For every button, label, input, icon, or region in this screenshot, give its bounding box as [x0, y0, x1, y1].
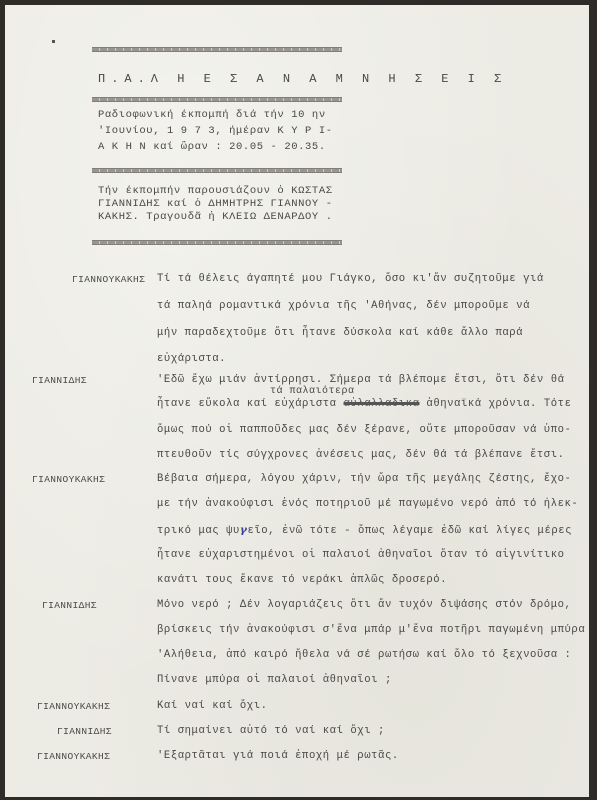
dialogue-line: ὅμως πού οἱ παπποῦδες μας δέν ξέρανε, οὔ… — [157, 425, 571, 436]
dialogue-line: εὐχάριστα. — [157, 354, 226, 365]
dialogue-line: ἦτανε εὔκολα καί εὐχάριστα αὐλαλλαδικα ἀ… — [157, 399, 571, 410]
dialogue-line-start: ἦτανε εὔκολα καί εὐχάριστα — [157, 398, 337, 410]
dialogue-line: Τί τά θέλεις άγαπητέ μου Γιάγκο, ὅσο κι'… — [157, 274, 544, 285]
speaker-name: ΓΙΑΝΝΟΥΚΑΚΗΣ — [37, 701, 110, 712]
dialogue-line: τά παληά ρομαντικά χρόνια τῆς 'Αθήνας, δ… — [157, 301, 530, 312]
speaker-name: ΓΙΑΝΝΙΔΗΣ — [32, 375, 87, 386]
speaker-name: ΓΙΑΝΝΟΥΚΑΚΗΣ — [72, 274, 145, 285]
dialogue-line-end: ἀθηναϊκά χρόνια. Τότε — [426, 398, 571, 410]
typewritten-page: Π.Α.Λ Η Ε Σ Α Ν Α Μ Ν Η Σ Ε Ι Σ Ραδιοφων… — [5, 5, 589, 797]
dialogue-line: κανάτι τους ἔκανε τό νεράκι ἁπλῶς δροσερ… — [157, 575, 447, 586]
speaker-name: ΓΙΑΝΝΟΥΚΑΚΗΣ — [32, 474, 105, 485]
separator-line — [92, 168, 342, 173]
broadcast-info-line: Α Κ Η Ν καί ὥραν : 20.05 - 20.35. — [98, 142, 326, 153]
speaker-name: ΓΙΑΝΝΙΔΗΣ — [57, 726, 112, 737]
dialogue-line: βρίσκεις τήν ἀνακούφισι σ'ἕνα μπάρ μ'ἕνα… — [157, 625, 585, 636]
dialogue-line: Μόνο νερό ; Δέν λογαριάζεις ὅτι ἄν τυχόν… — [157, 600, 571, 611]
dialogue-line-end: εῖο, ἐνῶ τότε - ὅπως λέγαμε ἐδῶ καί λίγε… — [247, 525, 572, 537]
separator-line — [92, 240, 342, 245]
presenters-line: Τήν έκπομπήν παρουσιάζουν ὁ ΚΩΣΤΑΣ — [98, 186, 333, 197]
dialogue-line: Βέβαια σήμερα, λόγου χάριν, τήν ὥρα τῆς … — [157, 474, 571, 485]
presenters-line: ΓΙΑΝΝΙΔΗΣ καί ὁ ΔΗΜΗΤΡΗΣ ΓΙΑΝΝΟΥ - — [98, 199, 333, 210]
broadcast-info-line: 'Ιουνίου, 1 9 7 3, ήμέραν Κ Υ Ρ Ι- — [98, 126, 333, 137]
dialogue-line: 'Εδῶ ἔχω μιάν ἀντίρρησι. Σήμερα τά βλέπο… — [157, 375, 565, 386]
dialogue-line-start: τρικό μας ψυ — [157, 525, 240, 537]
page-title: Π.Α.Λ Η Ε Σ Α Ν Α Μ Ν Η Σ Ε Ι Σ — [98, 72, 507, 86]
dialogue-line: Τί σημαίνει αὐτό τό ναί καί ὄχι ; — [157, 726, 385, 737]
speaker-name: ΓΙΑΝΝΙΔΗΣ — [42, 600, 97, 611]
dialogue-line: 'Εξαρτᾶται γιά ποιά ἐποχή μέ ρωτᾶς. — [157, 751, 399, 762]
dialogue-line: 'Αλήθεια, ἀπό καιρό ἤθελα νά σέ ρωτήσω κ… — [157, 650, 571, 661]
dialogue-line: μήν παραδεχτοῦμε ὅτι ἦτανε δύσκολα καί κ… — [157, 328, 523, 339]
struck-out-text: αὐλαλλαδικα — [344, 399, 420, 410]
dialogue-line: τρικό μας ψυγεῖο, ἐνῶ τότε - ὅπως λέγαμε… — [157, 525, 572, 537]
broadcast-info-line: Ραδιοφωνική έκπομπή διά τήν 10 ην — [98, 110, 326, 121]
dialogue-line: με τήν ἀνακούφισι ἑνός ποτηριοῦ μέ παγωμ… — [157, 499, 578, 510]
separator-line — [92, 47, 342, 52]
speaker-name: ΓΙΑΝΝΟΥΚΑΚΗΣ — [37, 751, 110, 762]
paper-speck — [52, 40, 55, 43]
dialogue-line: Καί ναί καί ὄχι. — [157, 701, 268, 712]
presenters-line: ΚΑΚΗΣ. Τραγουδᾶ ἡ ΚΛΕΙΩ ΔΕΝΑΡΔΟΥ . — [98, 212, 333, 223]
separator-line — [92, 97, 342, 102]
dialogue-line: ἦτανε εὐχαριστημένοι οἱ παλαιοί ἀθηναῖοι… — [157, 550, 565, 561]
dialogue-line: πτευθοῦν τίς σύγχρονες ἀνέσεις μας, δέν … — [157, 450, 565, 461]
typed-insertion: τά παλαιότερα — [270, 386, 355, 397]
dialogue-line: Πίνανε μπύρα οἱ παλαιοί ἀθηναῖοι ; — [157, 675, 392, 686]
